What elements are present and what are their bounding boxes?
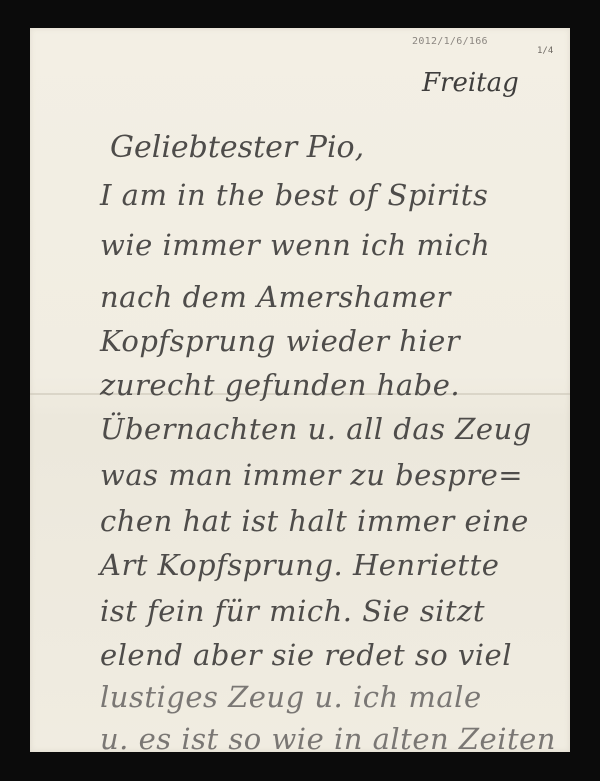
salutation: Geliebtester Pio, xyxy=(110,130,364,165)
letter-line: I am in the best of Spirits xyxy=(100,178,488,212)
date-line: Freitag xyxy=(422,68,519,98)
letter-line: lustiges Zeug u. ich male xyxy=(100,680,482,714)
letter-line: zurecht gefunden habe. xyxy=(100,368,460,402)
letter-line: Übernachten u. all das Zeug xyxy=(100,412,532,446)
letter-line: chen hat ist halt immer eine xyxy=(100,504,529,538)
page-number: 1/4 xyxy=(537,46,553,56)
letter-line: nach dem Amershamer xyxy=(100,280,451,314)
letter-line: u. es ist so wie in alten Zeiten xyxy=(100,722,556,756)
letter-line: ist fein für mich. Sie sitzt xyxy=(100,594,485,628)
letter-page: 2012/1/6/166 1/4 Freitag Geliebtester Pi… xyxy=(30,28,570,752)
letter-line: elend aber sie redet so viel xyxy=(100,638,512,672)
archive-reference: 2012/1/6/166 xyxy=(412,36,488,47)
letter-line: Kopfsprung wieder hier xyxy=(100,324,460,358)
letter-line: wie immer wenn ich mich xyxy=(100,228,490,262)
letter-line: was man immer zu bespre= xyxy=(100,458,523,492)
letter-line: Art Kopfsprung. Henriette xyxy=(100,548,499,582)
